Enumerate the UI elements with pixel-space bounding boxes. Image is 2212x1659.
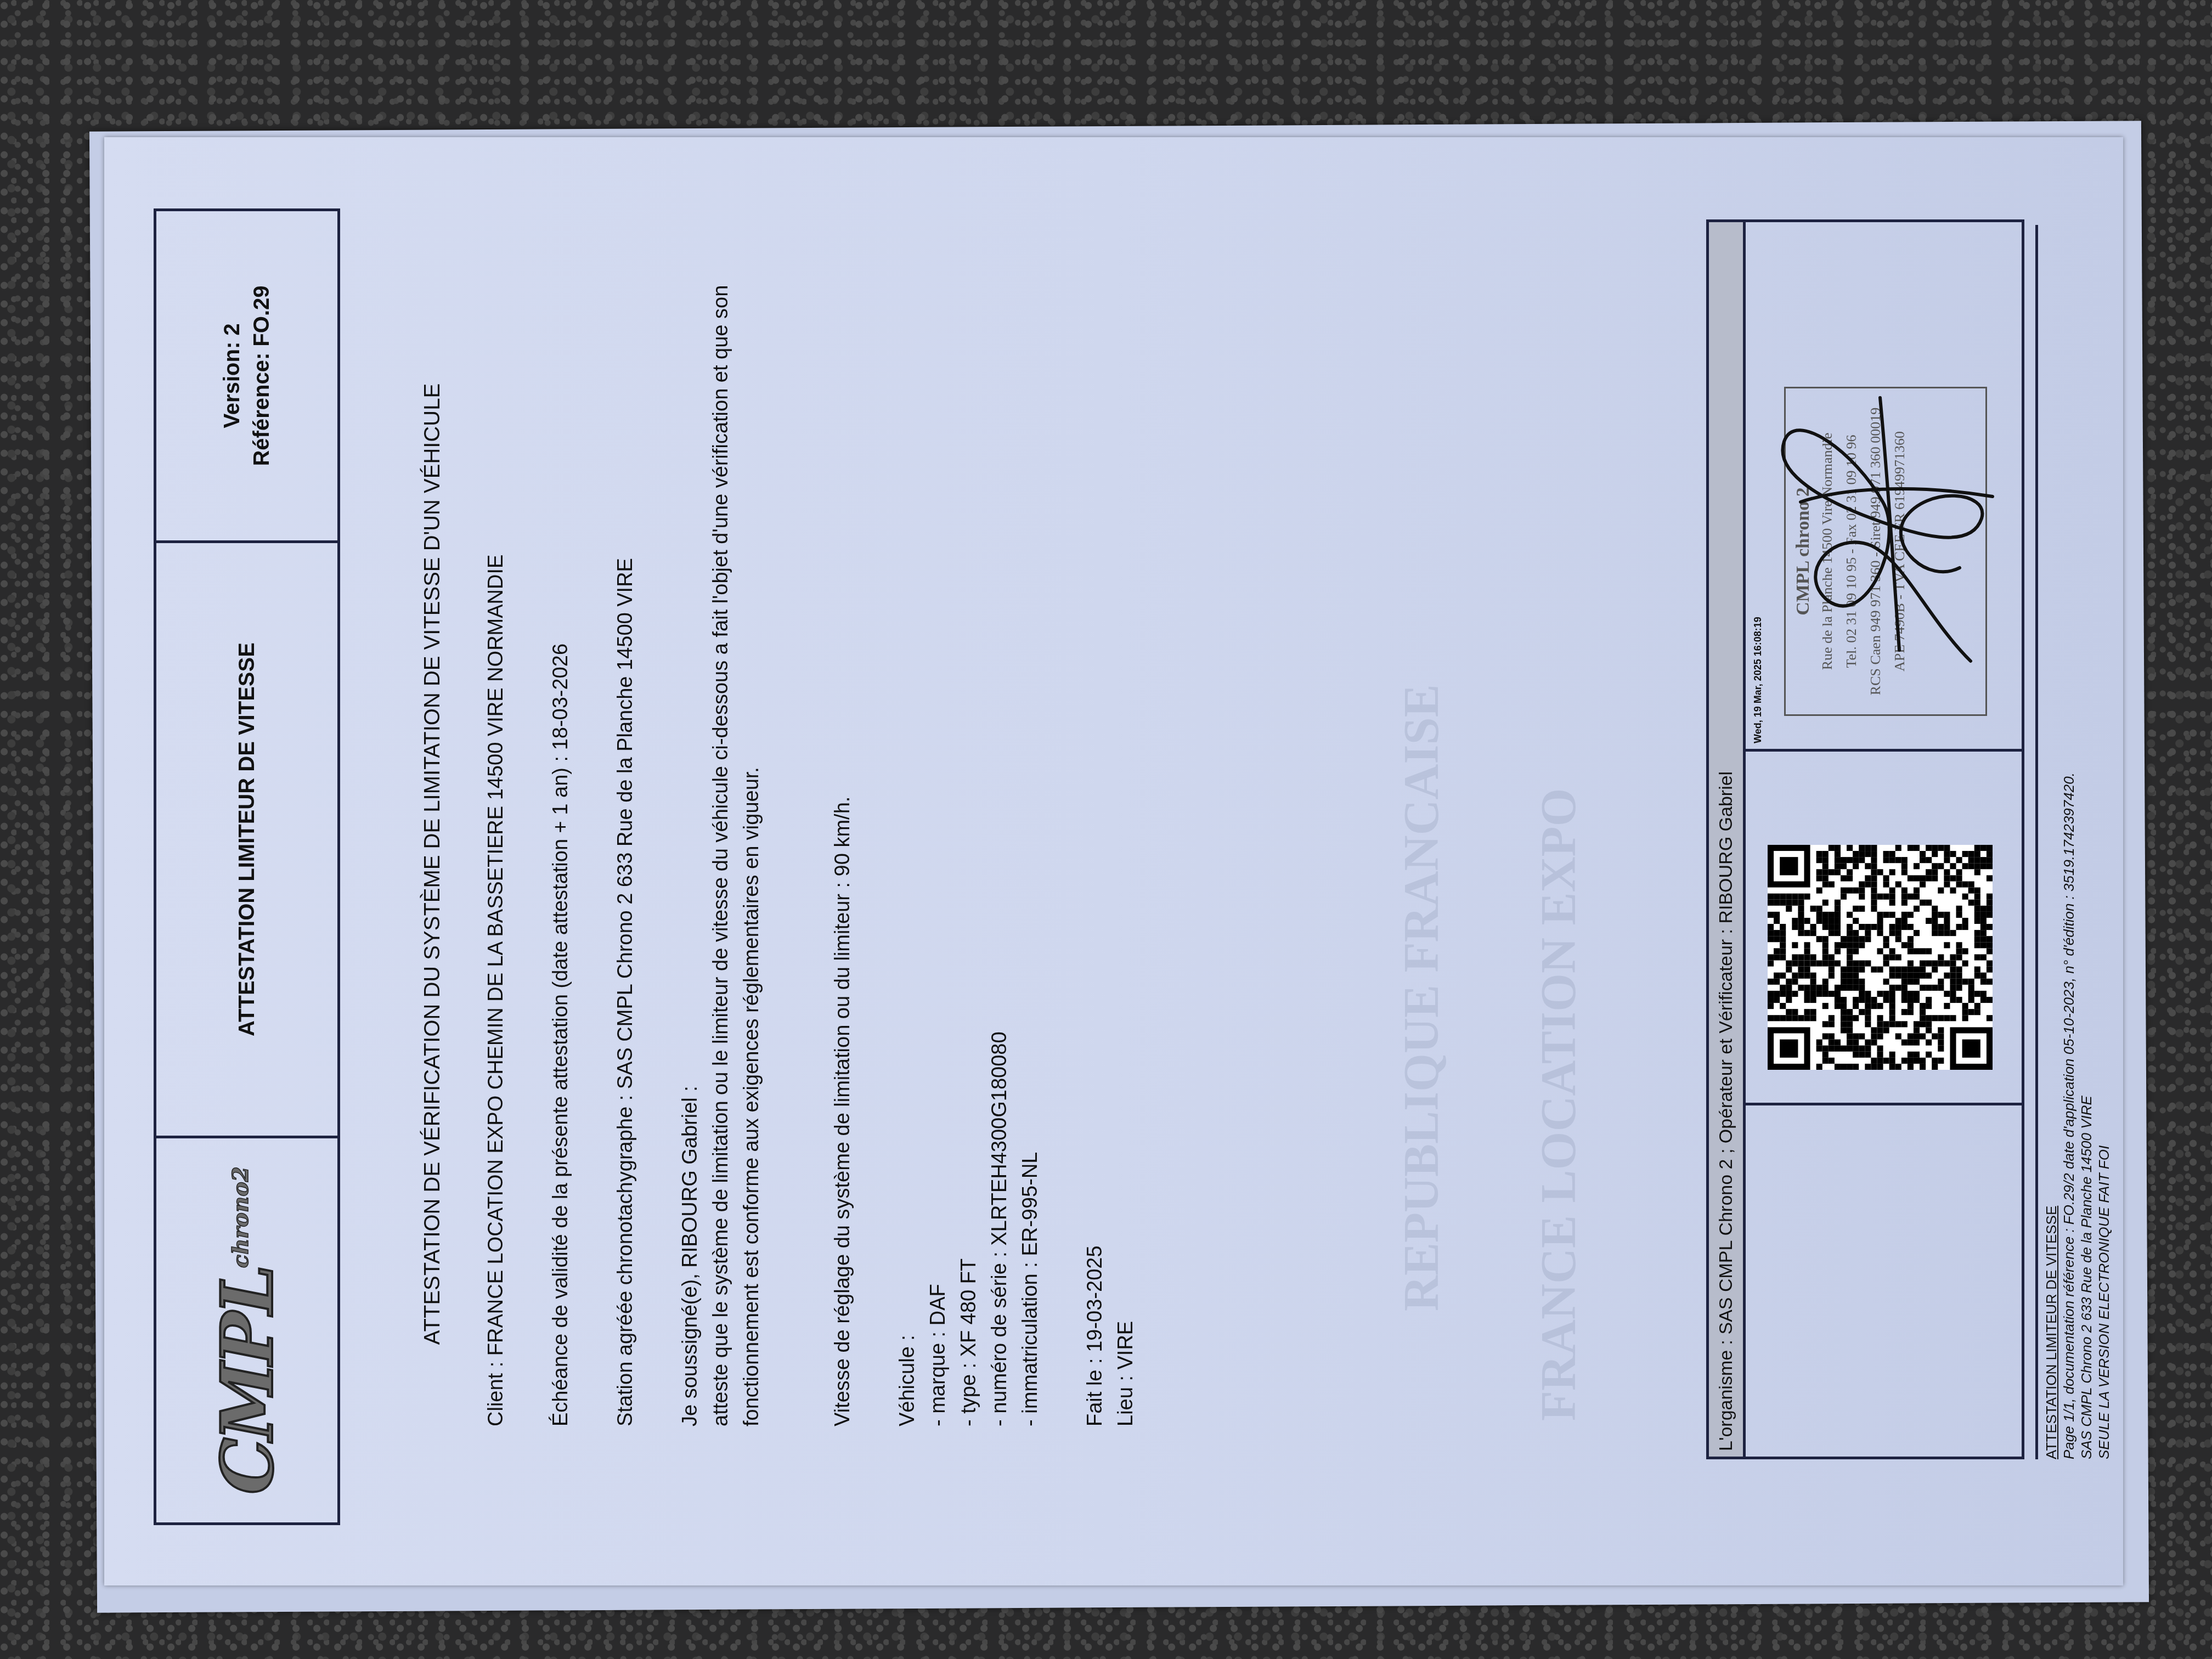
place: Lieu : VIRE bbox=[1110, 274, 1141, 1426]
vehicle-block: Véhicule : - marque : DAF - type : XF 48… bbox=[892, 274, 1046, 1426]
document-body: ATTESTATION DE VÉRIFICATION DU SYSTÈME D… bbox=[417, 274, 1175, 1426]
document-sheet: REPUBLIQUE FRANCAISE FRANCE LOCATION EXP… bbox=[104, 137, 2123, 1585]
show-through-text: FRANCE LOCATION EXPO bbox=[1531, 788, 1587, 1421]
done-on-date: Fait le : 19-03-2025 bbox=[1080, 274, 1110, 1426]
header-title: ATTESTATION LIMITEUR DE VITESSE bbox=[156, 540, 337, 1136]
qr-code-icon[interactable] bbox=[1768, 845, 1993, 1070]
declaration-line-2: fonctionnement est conforme aux exigence… bbox=[736, 274, 767, 1426]
vehicle-type: - type : XF 480 FT bbox=[953, 274, 984, 1426]
reference-label: Référence: FO.29 bbox=[247, 285, 276, 466]
footer-line-2: SAS CMPL Chrono 2 633 Rue de la Planche … bbox=[2078, 1096, 2095, 1459]
vehicle-serial: - numéro de série : XLRTEH4300G180080 bbox=[984, 274, 1015, 1426]
footer-title: ATTESTATION LIMITEUR DE VITESSE bbox=[2042, 225, 2060, 1459]
declaration-intro: Je soussigné(e), RIBOURG Gabriel : bbox=[675, 274, 706, 1426]
qr-cell bbox=[1746, 749, 2022, 1103]
declaration-line-1: atteste que le système de limitation ou … bbox=[706, 274, 736, 1426]
vehicle-heading: Véhicule : bbox=[892, 274, 923, 1426]
footer-line-3: SEULE LA VERSION ELECTRONIQUE FAIT FOI bbox=[2096, 1145, 2112, 1459]
done-block: Fait le : 19-03-2025 Lieu : VIRE bbox=[1080, 274, 1141, 1426]
page-footer: ATTESTATION LIMITEUR DE VITESSE Page 1/1… bbox=[2035, 225, 2113, 1459]
client-line: Client : FRANCE LOCATION EXPO CHEMIN DE … bbox=[481, 274, 511, 1426]
vehicle-brand: - marque : DAF bbox=[923, 274, 953, 1426]
validity-line: Échéance de validité de la présente atte… bbox=[545, 274, 576, 1426]
stamp-cell: Wed, 19 Mar, 2025 16:08:19 CMPL chrono 2… bbox=[1746, 222, 2022, 749]
footer-line-1: Page 1/1, documentation référence : FO.2… bbox=[2061, 772, 2077, 1459]
logo-cell: CMPLchrono2 bbox=[156, 1136, 337, 1522]
document-page: REPUBLIQUE FRANCAISE FRANCE LOCATION EXP… bbox=[104, 137, 2123, 1585]
header-table: CMPLchrono2 ATTESTATION LIMITEUR DE VITE… bbox=[154, 208, 340, 1525]
document-title: ATTESTATION DE VÉRIFICATION DU SYSTÈME D… bbox=[417, 219, 448, 1509]
declaration: Je soussigné(e), RIBOURG Gabriel : attes… bbox=[675, 274, 767, 1426]
version-label: Version: 2 bbox=[217, 323, 247, 428]
empty-cell bbox=[1746, 1103, 2022, 1457]
version-cell: Version: 2 Référence: FO.29 bbox=[156, 211, 337, 540]
station-line: Station agréée chronotachygraphe : SAS C… bbox=[610, 274, 641, 1426]
show-through-text: REPUBLIQUE FRANCAISE bbox=[1393, 684, 1450, 1311]
cmpl-logo: CMPLchrono2 bbox=[205, 1166, 289, 1494]
organisation-bar: L'organisme : SAS CMPL Chrono 2 ; Opérat… bbox=[1709, 222, 1746, 1457]
signature-table: L'organisme : SAS CMPL Chrono 2 ; Opérat… bbox=[1706, 219, 2024, 1459]
speed-setting: Vitesse de réglage du système de limitat… bbox=[827, 274, 858, 1426]
vehicle-registration: - immatriculation : ER-995-NL bbox=[1015, 274, 1046, 1426]
signature-icon bbox=[1762, 376, 2004, 683]
